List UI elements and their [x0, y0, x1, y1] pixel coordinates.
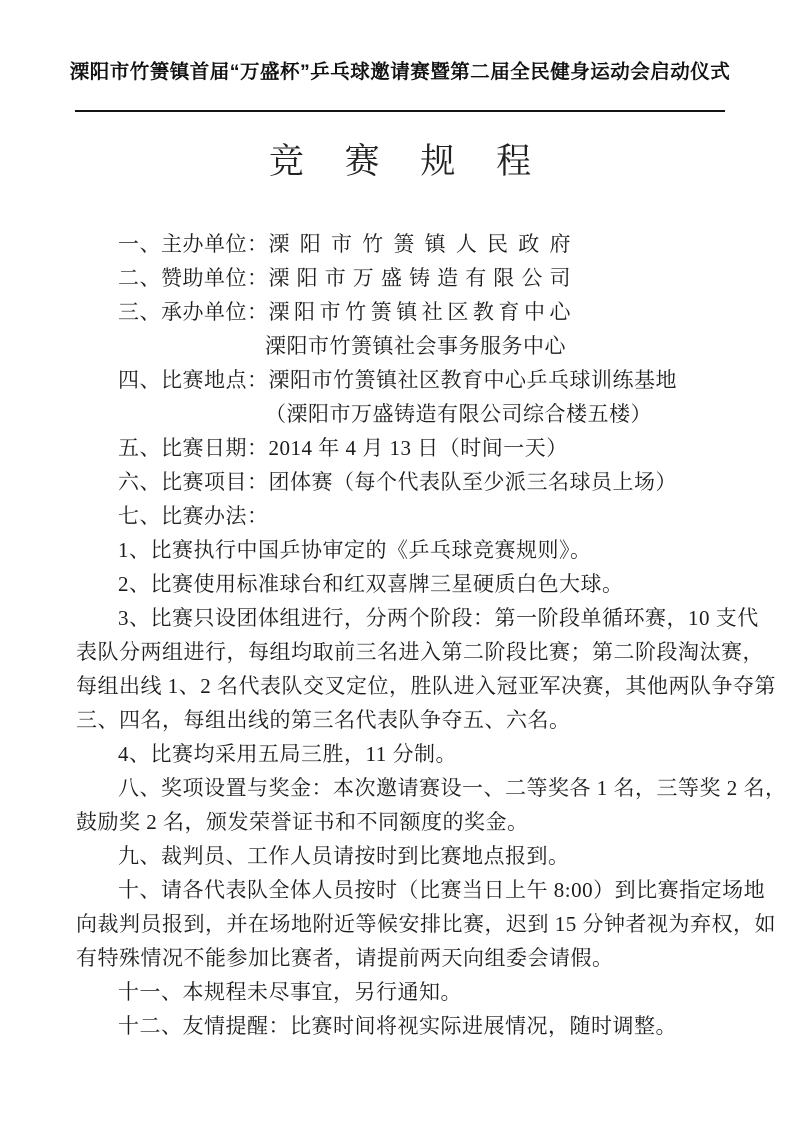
body-line: 每组出线 1、2 名代表队交叉定位，胜队进入冠亚军决赛，其他两队争夺第	[76, 669, 744, 703]
body-line: 有特殊情况不能参加比赛者，请提前两天向组委会请假。	[76, 941, 744, 975]
body-line: 一、主办单位：溧阳市竹箦镇人民政府	[76, 227, 744, 261]
header-divider-rule	[75, 110, 725, 112]
line-value: 溧阳市竹箦镇社区教育中心	[269, 295, 571, 329]
body-line: 十一、本规程未尽事宜，另行通知。	[76, 975, 744, 1009]
line-label: 四、比赛地点：	[118, 363, 269, 397]
line-value: 溧阳市竹箦镇人民政府	[269, 227, 571, 261]
body-line: 八、奖项设置与奖金：本次邀请赛设一、二等奖各 1 名，三等奖 2 名，	[76, 771, 744, 805]
body-line: 十二、友情提醒：比赛时间将视实际进展情况，随时调整。	[76, 1009, 744, 1043]
body-line: 九、裁判员、工作人员请按时到比赛地点报到。	[76, 839, 744, 873]
document-page: 溧阳市竹箦镇首届“万盛杯”乒乓球邀请赛暨第二届全民健身运动会启动仪式 竞 赛 规…	[0, 0, 800, 1131]
body-line: 四、比赛地点：溧阳市竹箦镇社区教育中心乒乓球训练基地	[76, 363, 744, 397]
line-value: 溧阳市竹箦镇社区教育中心乒乓球训练基地	[269, 363, 678, 397]
body-line: 鼓励奖 2 名，颁发荣誉证书和不同额度的奖金。	[76, 805, 744, 839]
line-label: 三、承办单位：	[118, 295, 269, 329]
body-line: 3、比赛只设团体组进行，分两个阶段：第一阶段单循环赛，10 支代	[76, 601, 744, 635]
body-line: 4、比赛均采用五局三胜，11 分制。	[76, 737, 744, 771]
body-line: 十、请各代表队全体人员按时（比赛当日上午 8:00）到比赛指定场地	[76, 873, 744, 907]
line-label: 一、主办单位：	[118, 227, 269, 261]
body-line: 2、比赛使用标准球台和红双喜牌三星硬质白色大球。	[76, 567, 744, 601]
document-body: 一、主办单位：溧阳市竹箦镇人民政府二、赞助单位：溧阳市万盛铸造有限公司三、承办单…	[76, 227, 744, 1043]
line-value: 溧阳市万盛铸造有限公司	[269, 261, 571, 295]
body-line: 五、比赛日期：2014 年 4 月 13 日（时间一天）	[76, 431, 744, 465]
body-line: 向裁判员报到，并在场地附近等候安排比赛，迟到 15 分钟者视为弃权，如	[76, 907, 744, 941]
body-line: 三、四名，每组出线的第三名代表队争夺五、六名。	[76, 703, 744, 737]
body-line: 六、比赛项目：团体赛（每个代表队至少派三名球员上场）	[76, 465, 744, 499]
body-line: 表队分两组进行，每组均取前三名进入第二阶段比赛；第二阶段淘汰赛，	[76, 635, 744, 669]
page-title: 竞 赛 规 程	[0, 142, 800, 182]
line-label: 二、赞助单位：	[118, 261, 269, 295]
body-line: 三、承办单位：溧阳市竹箦镇社区教育中心	[76, 295, 744, 329]
body-line: （溧阳市万盛铸造有限公司综合楼五楼）	[76, 397, 744, 431]
body-line: 二、赞助单位：溧阳市万盛铸造有限公司	[76, 261, 744, 295]
body-line: 溧阳市竹箦镇社会事务服务中心	[76, 329, 744, 363]
body-line: 1、比赛执行中国乒协审定的《乒乓球竞赛规则》。	[76, 533, 744, 567]
document-header-title: 溧阳市竹箦镇首届“万盛杯”乒乓球邀请赛暨第二届全民健身运动会启动仪式	[40, 58, 760, 86]
body-line: 七、比赛办法：	[76, 499, 744, 533]
